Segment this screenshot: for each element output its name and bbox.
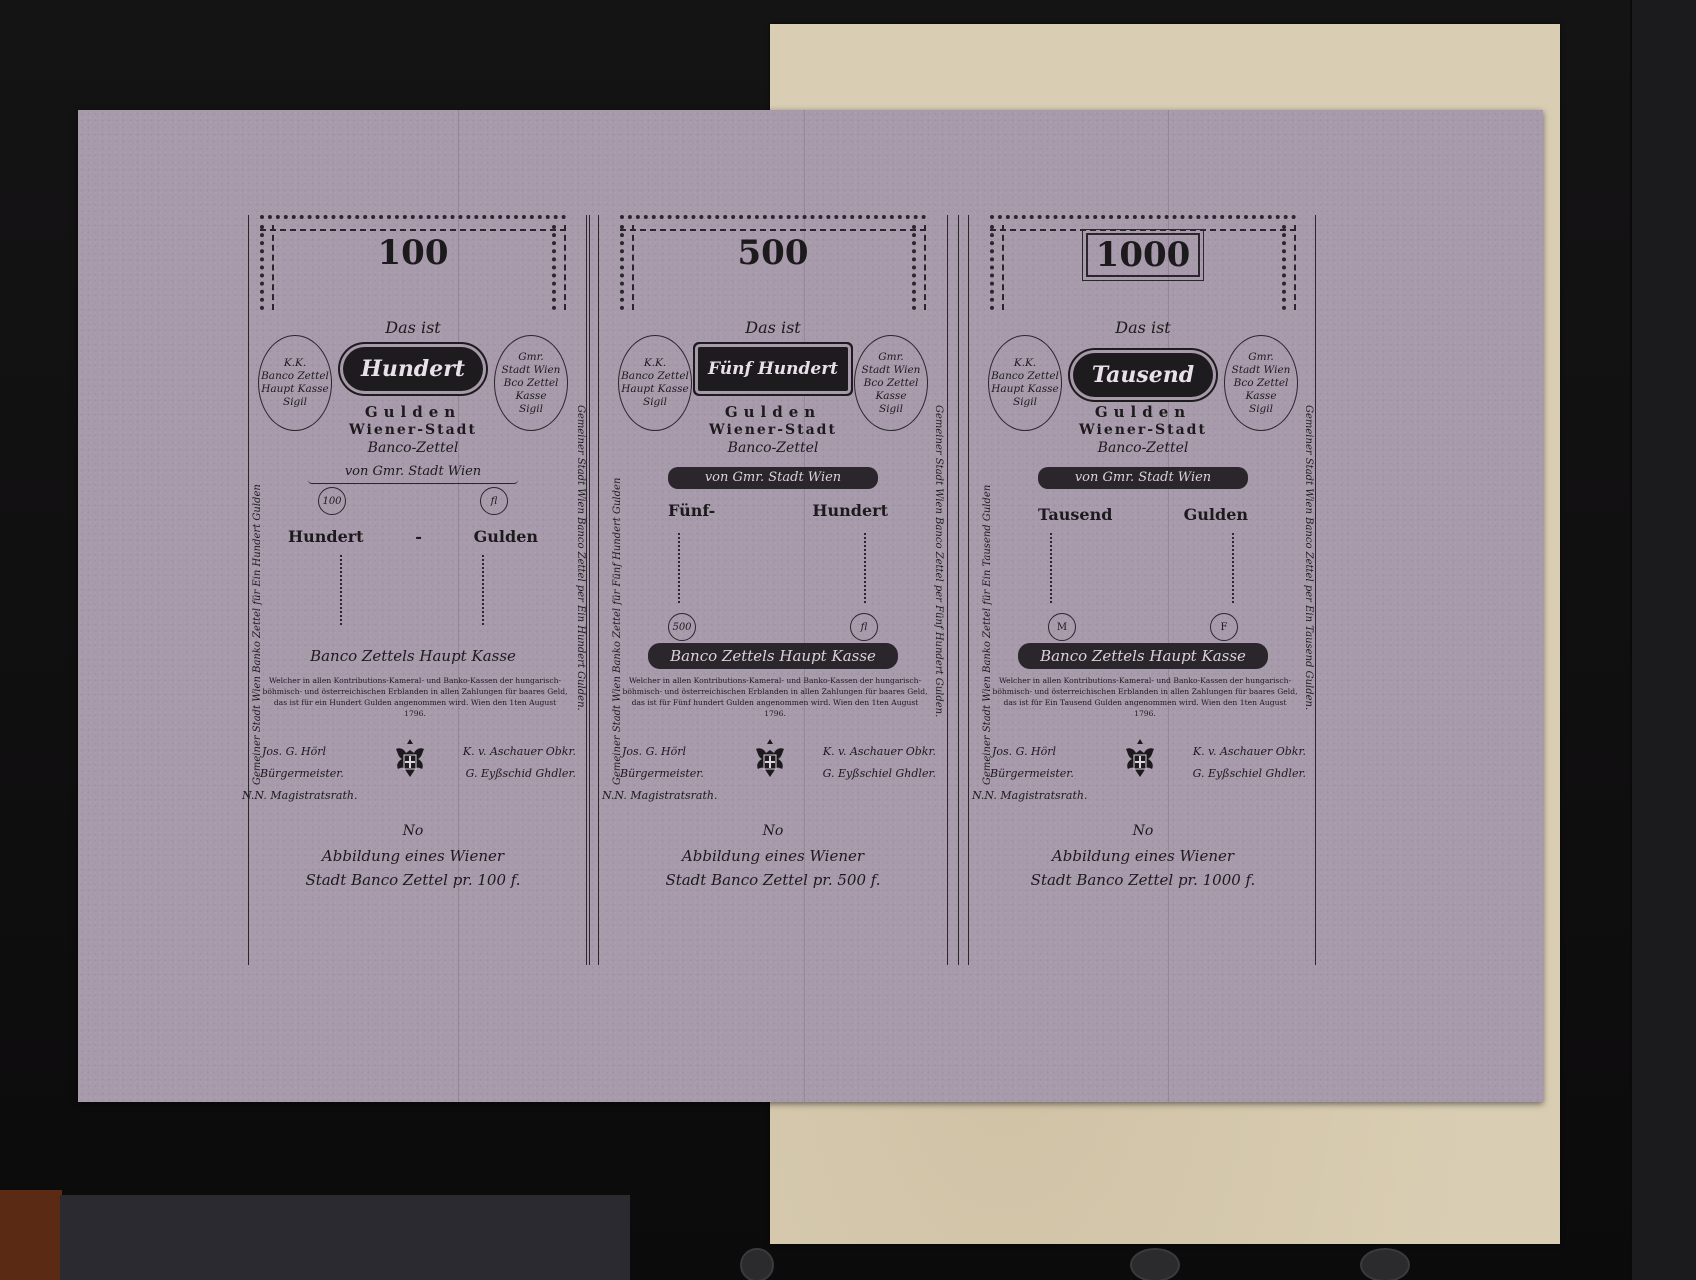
double-headed-eagle-icon xyxy=(748,737,792,787)
signature-left: Jos. G. Hörl xyxy=(622,745,686,758)
ornamental-border xyxy=(990,215,1296,231)
knob xyxy=(1360,1248,1410,1280)
rule-line xyxy=(1315,215,1316,965)
magistrat-signature: N.N. Magistratsrath. xyxy=(602,789,717,802)
small-seal: fl xyxy=(480,487,508,515)
note-body-text: Welcher in allen Kontributions-Kameral- … xyxy=(992,675,1298,719)
small-seal: fl xyxy=(850,613,878,641)
von-gmr-stadt-wien: von Gmr. Stadt Wien xyxy=(308,461,518,484)
banknote-specimen-sheet: 100 Das ist K.K.Banco ZettelHaupt KasseS… xyxy=(78,110,1543,1102)
side-inscription: Gemeiner Stadt Wien Banko Zettel für Fün… xyxy=(612,405,626,785)
banco-zettel-text: Banco-Zettel xyxy=(978,440,1308,456)
signature-left-title: Bürgermeister. xyxy=(260,767,344,780)
flourish-ornament xyxy=(482,555,486,625)
wiener-stadt-text: Wiener-Stadt xyxy=(608,422,938,438)
value-words: TausendGulden xyxy=(1038,505,1248,524)
flourish-ornament xyxy=(1232,533,1236,603)
wiener-stadt-text: Wiener-Stadt xyxy=(978,422,1308,438)
value-words: Hundert-Gulden xyxy=(288,527,538,546)
value-cartouche: Fünf Hundert xyxy=(698,347,848,391)
banknote-100: 100 Das ist K.K.Banco ZettelHaupt KasseS… xyxy=(248,215,578,955)
banknote-1000: 1000 Das ist K.K.Banco ZettelHaupt Kasse… xyxy=(978,215,1308,955)
rule-line xyxy=(947,215,948,965)
gulden-text: Gulden xyxy=(608,403,938,421)
magistrat-signature: N.N. Magistratsrath. xyxy=(242,789,357,802)
caption-line-1: Abbildung eines Wiener xyxy=(978,847,1308,865)
right-dark-strip xyxy=(1630,0,1696,1280)
signature-left-title: Bürgermeister. xyxy=(990,767,1074,780)
serial-no-label: No xyxy=(978,823,1308,839)
knob xyxy=(740,1248,774,1280)
caption-line-1: Abbildung eines Wiener xyxy=(248,847,578,865)
von-gmr-stadt-wien-ribbon: von Gmr. Stadt Wien xyxy=(668,467,878,489)
side-inscription: Gemeiner Stadt Wien Banko Zettel für Ein… xyxy=(252,405,266,785)
gulden-text: Gulden xyxy=(248,403,578,421)
note-body-text: Welcher in allen Kontributions-Kameral- … xyxy=(622,675,928,719)
wood-edge xyxy=(0,1190,62,1280)
small-seal: M xyxy=(1048,613,1076,641)
rule-line xyxy=(589,215,590,965)
rule-line xyxy=(958,215,959,965)
banknote-500: 500 Das ist K.K.Banco ZettelHaupt KasseS… xyxy=(608,215,938,955)
side-inscription: Gemeiner Stadt Wien Banco Zettel per Fün… xyxy=(930,405,944,785)
value-cartouche: Hundert xyxy=(343,347,483,391)
caption-line-2: Stadt Banco Zettel pr. 1000 f. xyxy=(978,871,1308,889)
signature-right-title: G. Eyßschid Ghdler. xyxy=(466,767,576,780)
signature-right: K. v. Aschauer Obkr. xyxy=(1193,745,1306,758)
banco-zettel-text: Banco-Zettel xyxy=(608,440,938,456)
double-headed-eagle-icon xyxy=(1118,737,1162,787)
banco-zettel-text: Banco-Zettel xyxy=(248,440,578,456)
ornamental-border xyxy=(620,215,926,231)
haupt-kasse-title: Banco Zettels Haupt Kasse xyxy=(288,643,538,669)
signature-left: Jos. G. Hörl xyxy=(992,745,1056,758)
flourish-ornament xyxy=(1050,533,1054,603)
signature-right: K. v. Aschauer Obkr. xyxy=(463,745,576,758)
haupt-kasse-ribbon: Banco Zettels Haupt Kasse xyxy=(648,643,898,669)
ornamental-border xyxy=(260,215,566,231)
caption-line-2: Stadt Banco Zettel pr. 500 f. xyxy=(608,871,938,889)
signature-right-title: G. Eyßschiel Ghdler. xyxy=(823,767,936,780)
flourish-ornament xyxy=(678,533,682,603)
small-seal: 100 xyxy=(318,487,346,515)
rule-line xyxy=(598,215,599,965)
signature-left-title: Bürgermeister. xyxy=(620,767,704,780)
side-inscription: Gemeiner Stadt Wien Banco Zettel per Ein… xyxy=(1300,405,1314,785)
gulden-text: Gulden xyxy=(978,403,1308,421)
side-inscription: Gemeiner Stadt Wien Banko Zettel für Ein… xyxy=(982,405,996,785)
von-gmr-stadt-wien-ribbon: von Gmr. Stadt Wien xyxy=(1038,467,1248,489)
magistrat-signature: N.N. Magistratsrath. xyxy=(972,789,1087,802)
rule-line xyxy=(586,215,587,965)
double-headed-eagle-icon xyxy=(388,737,432,787)
small-seal: F xyxy=(1210,613,1238,641)
haupt-kasse-ribbon: Banco Zettels Haupt Kasse xyxy=(1018,643,1268,669)
serial-no-label: No xyxy=(248,823,578,839)
knob xyxy=(1130,1248,1180,1280)
note-body-text: Welcher in allen Kontributions-Kameral- … xyxy=(262,675,568,719)
denomination: 500 xyxy=(608,233,938,273)
small-seal: 500 xyxy=(668,613,696,641)
wiener-stadt-text: Wiener-Stadt xyxy=(248,422,578,438)
signature-right-title: G. Eyßschiel Ghdler. xyxy=(1193,767,1306,780)
denomination: 100 xyxy=(248,233,578,273)
value-words: Fünf-Hundert xyxy=(668,501,888,520)
value-cartouche: Tausend xyxy=(1073,353,1213,397)
serial-no-label: No xyxy=(608,823,938,839)
denomination: 1000 xyxy=(978,233,1308,277)
signature-right: K. v. Aschauer Obkr. xyxy=(823,745,936,758)
caption-line-2: Stadt Banco Zettel pr. 100 f. xyxy=(248,871,578,889)
caption-line-1: Abbildung eines Wiener xyxy=(608,847,938,865)
rule-line xyxy=(968,215,969,965)
side-inscription: Gemeiner Stadt Wien Banco Zettel per Ein… xyxy=(572,405,586,785)
grey-panel xyxy=(60,1195,630,1280)
flourish-ornament xyxy=(864,533,868,603)
signature-left: Jos. G. Hörl xyxy=(262,745,326,758)
flourish-ornament xyxy=(340,555,344,625)
